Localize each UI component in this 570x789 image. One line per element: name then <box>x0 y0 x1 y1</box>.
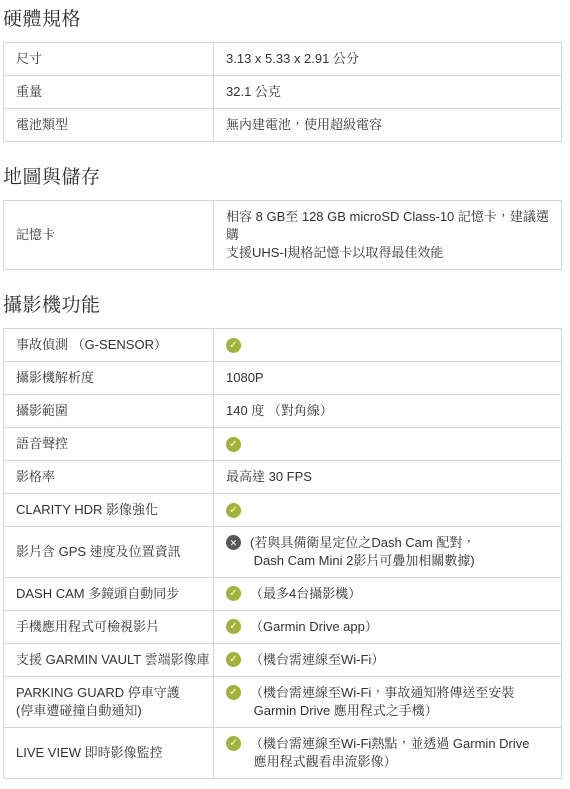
spec-row-value-cell: ✓ <box>214 428 561 460</box>
spec-row-label: 攝影範圍 <box>4 395 214 427</box>
spec-row: 電池類型 無內建電池，使用超級電容 <box>4 109 561 142</box>
check-icon: ✓ <box>226 652 241 667</box>
check-icon: ✓ <box>226 338 241 353</box>
spec-row-value-cell: 無內建電池，使用超級電容 <box>214 109 561 141</box>
spec-row-label: 語音聲控 <box>4 428 214 460</box>
spec-table: 記憶卡 相容 8 GB至 128 GB microSD Class-10 記憶卡… <box>3 200 562 270</box>
spec-row-label: 影格率 <box>4 461 214 493</box>
spec-row: LIVE VIEW 即時影像監控 ✓ （機台需連線至Wi-Fi熱點，並透過 Ga… <box>4 728 561 779</box>
spec-row-value-cell: ✓ <box>214 494 561 526</box>
spec-row-value: 140 度 （對角線） <box>226 402 333 420</box>
spec-row-value-cell: 1080P <box>214 362 561 394</box>
spec-table: 尺寸 3.13 x 5.33 x 2.91 公分 重量 32.1 公克 電池類型… <box>3 42 562 142</box>
spec-row-label: 尺寸 <box>4 43 214 75</box>
spec-row-label: 攝影機解析度 <box>4 362 214 394</box>
check-icon: ✓ <box>226 437 241 452</box>
spec-row-value-cell: ✓ （機台需連線至Wi-Fi） <box>214 644 561 676</box>
section-title: 地圖與儲存 <box>3 164 563 191</box>
section-title: 攝影機功能 <box>3 292 563 319</box>
spec-section: 攝影機功能 事故偵測 （G-SENSOR） ✓ 攝影機解析度 1080P 攝影範… <box>3 292 563 779</box>
check-icon: ✓ <box>226 685 241 700</box>
spec-row-label: PARKING GUARD 停車守護 (停車遭碰撞自動通知) <box>4 677 214 727</box>
spec-row-value-cell: ✓ （機台需連線至Wi-Fi，事故通知將傳送至安裝 Garmin Drive 應… <box>214 677 561 727</box>
spec-row-label: 記憶卡 <box>4 201 214 269</box>
spec-row-label: 電池類型 <box>4 109 214 141</box>
spec-row-value: 1080P <box>226 369 264 387</box>
spec-row-value-cell: ✓ （Garmin Drive app） <box>214 611 561 643</box>
spec-row-label: 支援 GARMIN VAULT 雲端影像庫 <box>4 644 214 676</box>
spec-row: CLARITY HDR 影像強化 ✓ <box>4 494 561 527</box>
spec-row: 記憶卡 相容 8 GB至 128 GB microSD Class-10 記憶卡… <box>4 201 561 270</box>
spec-row-value: （機台需連線至Wi-Fi，事故通知將傳送至安裝 Garmin Drive 應用程… <box>250 684 514 720</box>
spec-row-value: 最高達 30 FPS <box>226 468 312 486</box>
spec-row-label: LIVE VIEW 即時影像監控 <box>4 728 214 778</box>
check-icon: ✓ <box>226 736 241 751</box>
spec-row-value: （最多4台攝影機） <box>250 585 361 603</box>
spec-row-label: 手機應用程式可檢視影片 <box>4 611 214 643</box>
spec-row-value-cell: 140 度 （對角線） <box>214 395 561 427</box>
spec-row: DASH CAM 多鏡頭自動同步 ✓ （最多4台攝影機） <box>4 578 561 611</box>
spec-row-value-cell: 最高達 30 FPS <box>214 461 561 493</box>
spec-row-value-cell: 3.13 x 5.33 x 2.91 公分 <box>214 43 561 75</box>
spec-row: PARKING GUARD 停車守護 (停車遭碰撞自動通知) ✓ （機台需連線至… <box>4 677 561 728</box>
spec-row-value: (若與具備衛星定位之Dash Cam 配對， Dash Cam Mini 2影片… <box>250 534 475 570</box>
spec-row-value-cell: ✓ （機台需連線至Wi-Fi熱點，並透過 Garmin Drive 應用程式觀看… <box>214 728 561 778</box>
spec-row: 攝影範圍 140 度 （對角線） <box>4 395 561 428</box>
spec-row-label: DASH CAM 多鏡頭自動同步 <box>4 578 214 610</box>
spec-row-value: 無內建電池，使用超級電容 <box>226 116 382 134</box>
spec-row-value: 32.1 公克 <box>226 83 281 101</box>
check-icon: ✓ <box>226 619 241 634</box>
section-title: 硬體規格 <box>3 6 563 33</box>
spec-table: 事故偵測 （G-SENSOR） ✓ 攝影機解析度 1080P 攝影範圍 140 … <box>3 328 562 779</box>
cross-icon: ✕ <box>226 535 241 550</box>
spec-row-label: 重量 <box>4 76 214 108</box>
spec-row-value: 3.13 x 5.33 x 2.91 公分 <box>226 50 359 68</box>
spec-row-label: 事故偵測 （G-SENSOR） <box>4 329 214 361</box>
spec-row-label: 影片含 GPS 速度及位置資訊 <box>4 527 214 577</box>
spec-row: 影片含 GPS 速度及位置資訊 ✕ (若與具備衛星定位之Dash Cam 配對，… <box>4 527 561 578</box>
spec-section: 硬體規格 尺寸 3.13 x 5.33 x 2.91 公分 重量 32.1 公克… <box>3 6 563 142</box>
spec-row-value-cell: ✓ （最多4台攝影機） <box>214 578 561 610</box>
spec-row-label: CLARITY HDR 影像強化 <box>4 494 214 526</box>
spec-page: 硬體規格 尺寸 3.13 x 5.33 x 2.91 公分 重量 32.1 公克… <box>3 6 563 779</box>
spec-row-value-cell: 相容 8 GB至 128 GB microSD Class-10 記憶卡，建議選… <box>214 201 561 269</box>
spec-row-value: （機台需連線至Wi-Fi） <box>250 651 384 669</box>
spec-row: 重量 32.1 公克 <box>4 76 561 109</box>
spec-row-value: （Garmin Drive app） <box>250 618 378 636</box>
check-icon: ✓ <box>226 586 241 601</box>
spec-row-value-cell: ✕ (若與具備衛星定位之Dash Cam 配對， Dash Cam Mini 2… <box>214 527 561 577</box>
spec-row: 影格率 最高達 30 FPS <box>4 461 561 494</box>
spec-row-value: （機台需連線至Wi-Fi熱點，並透過 Garmin Drive 應用程式觀看串流… <box>250 735 530 771</box>
spec-row-value-cell: 32.1 公克 <box>214 76 561 108</box>
spec-row: 語音聲控 ✓ <box>4 428 561 461</box>
check-icon: ✓ <box>226 503 241 518</box>
spec-row: 支援 GARMIN VAULT 雲端影像庫 ✓ （機台需連線至Wi-Fi） <box>4 644 561 677</box>
spec-row: 手機應用程式可檢視影片 ✓ （Garmin Drive app） <box>4 611 561 644</box>
spec-section: 地圖與儲存 記憶卡 相容 8 GB至 128 GB microSD Class-… <box>3 164 563 270</box>
spec-row: 事故偵測 （G-SENSOR） ✓ <box>4 329 561 362</box>
spec-row: 攝影機解析度 1080P <box>4 362 561 395</box>
spec-row: 尺寸 3.13 x 5.33 x 2.91 公分 <box>4 43 561 76</box>
spec-row-value: 相容 8 GB至 128 GB microSD Class-10 記憶卡，建議選… <box>226 208 553 262</box>
spec-row-value-cell: ✓ <box>214 329 561 361</box>
